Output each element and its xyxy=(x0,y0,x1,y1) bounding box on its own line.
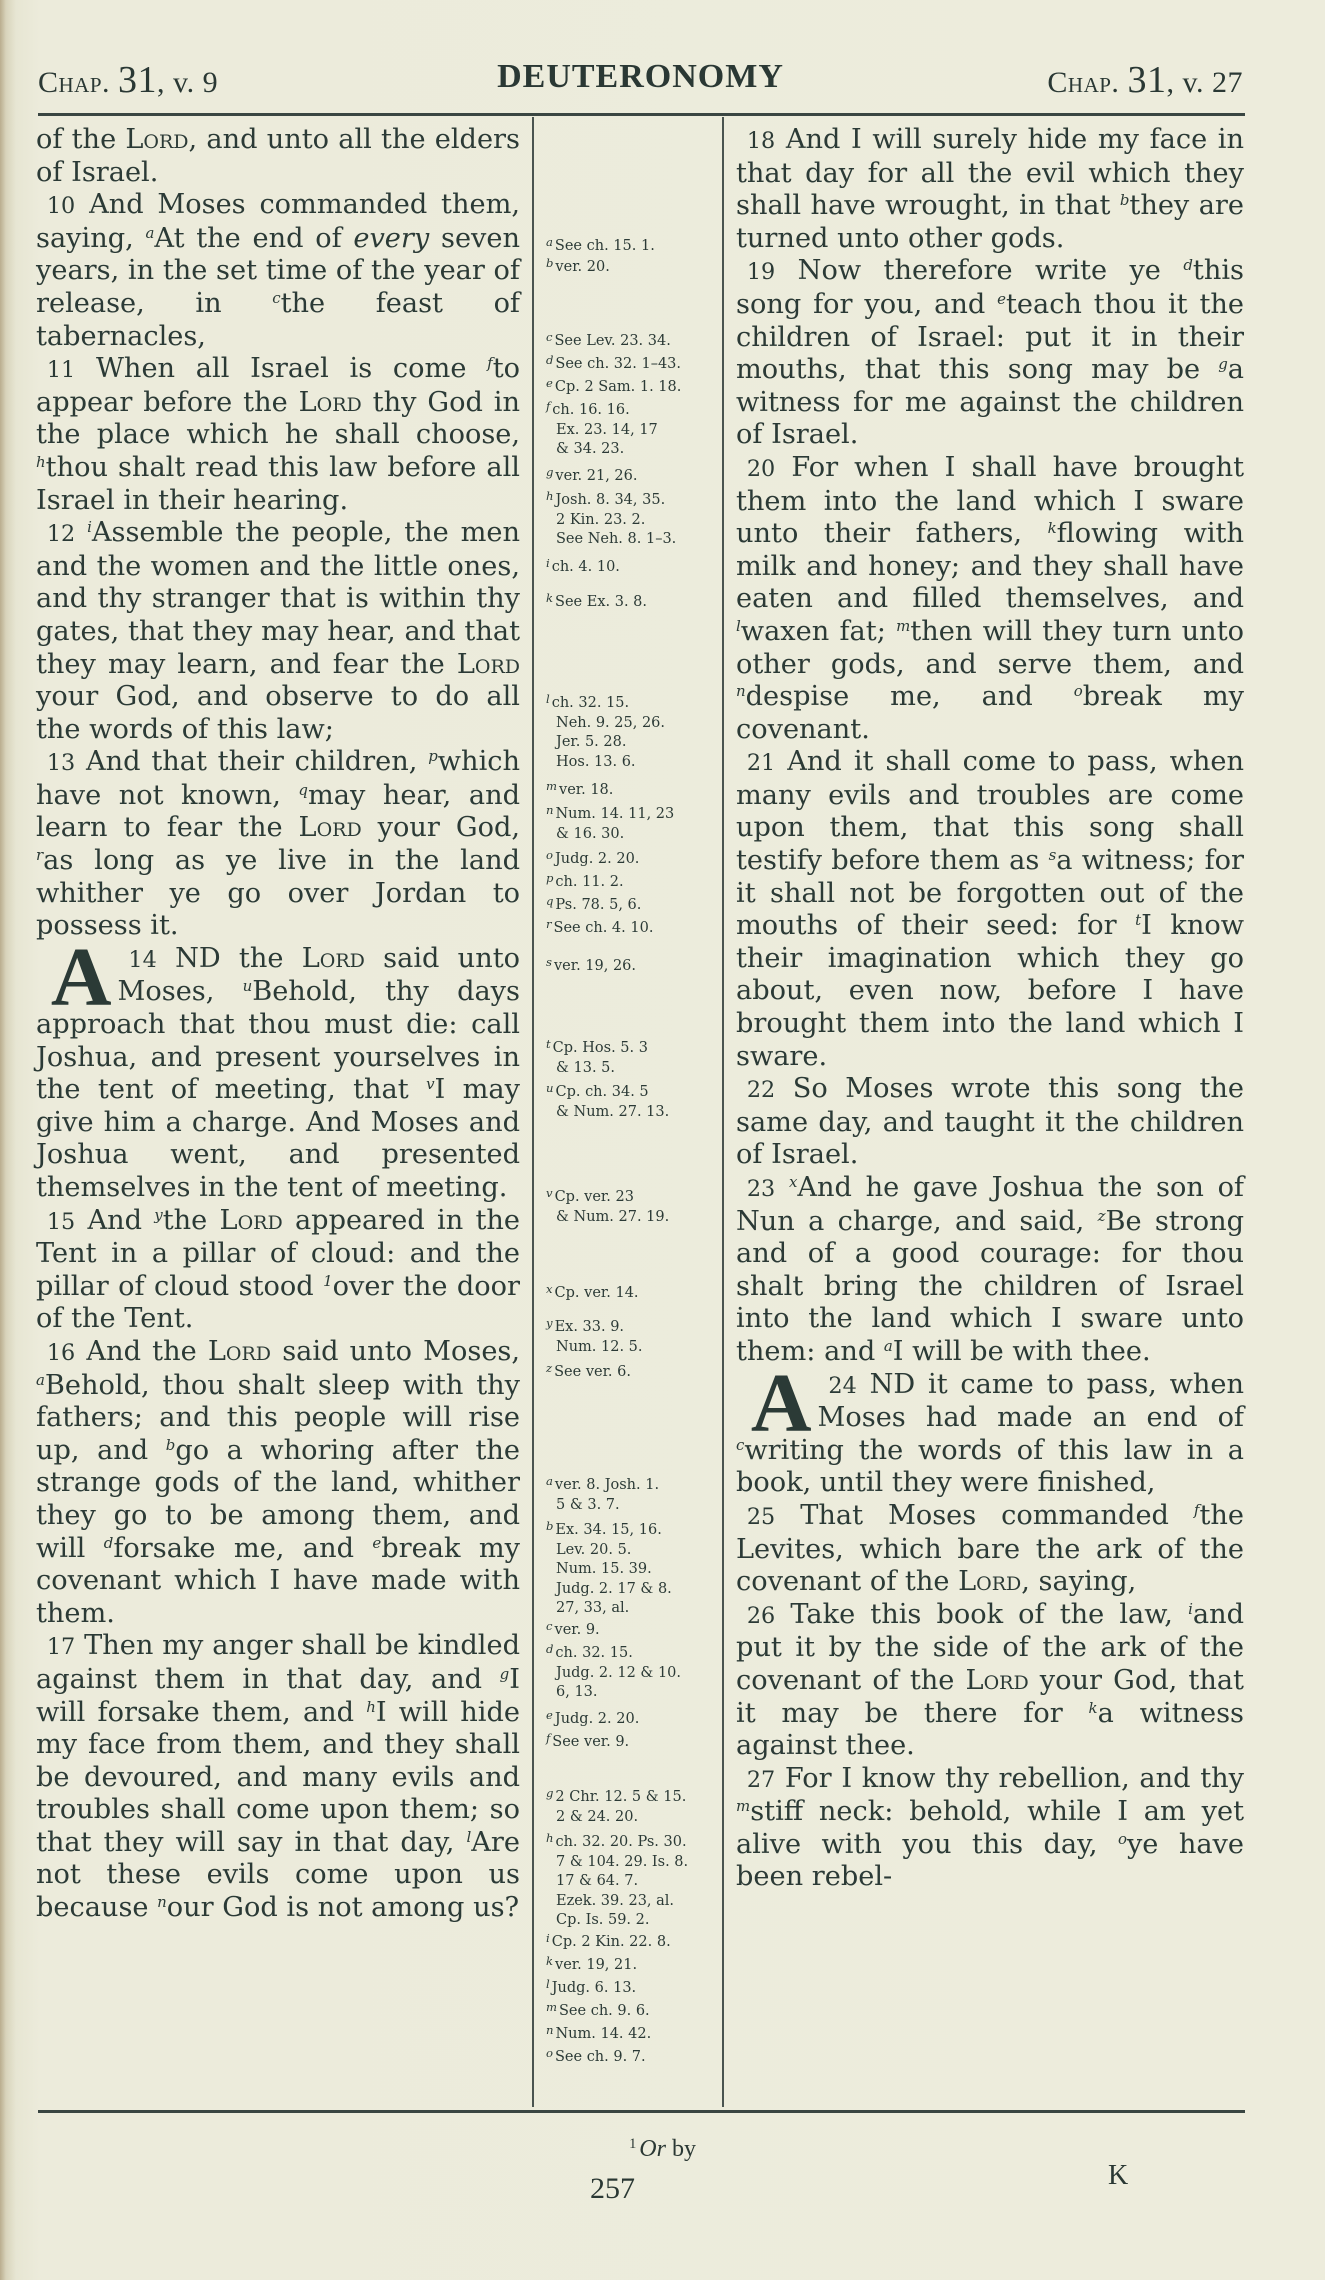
cross-reference-line: mSee ch. 9. 6. xyxy=(546,1998,718,2022)
reference-text: Ex. 23. 14, 17 xyxy=(556,422,658,438)
reference-text: ver. 19, 26. xyxy=(554,958,636,974)
cross-reference: gver. 21, 26. xyxy=(546,463,718,487)
drop-cap: A xyxy=(40,947,112,1009)
reference-text: See ch. 9. 7. xyxy=(555,2049,646,2065)
reference-mark: o xyxy=(546,2046,553,2060)
cross-reference: rSee ch. 4. 10. xyxy=(546,915,718,939)
verse-number: 16 xyxy=(47,1340,75,1366)
cross-reference: kver. 19, 21. xyxy=(546,1952,718,1976)
footnote-marker: d xyxy=(1183,256,1193,274)
reference-text: ch. 32. 15. xyxy=(555,1645,632,1661)
reference-mark: d xyxy=(546,353,553,367)
reference-mark: q xyxy=(546,894,553,908)
cross-reference: nNum. 14. 11, 23& 16. 30. xyxy=(546,801,718,844)
reference-text: Cp. 2 Sam. 1. 18. xyxy=(555,379,681,395)
verse: 23 xAnd he gave Joshua the son of Nun a … xyxy=(736,1172,1244,1369)
cross-reference-line: Num. 12. 5. xyxy=(546,1338,718,1358)
cross-reference: zSee ver. 6. xyxy=(546,1359,718,1383)
cross-reference: g2 Chr. 12. 5 & 15.2 & 24. 20. xyxy=(546,1784,718,1827)
cross-reference-line: yEx. 33. 9. xyxy=(546,1314,718,1338)
reference-text: ver. 18. xyxy=(559,782,613,798)
cross-reference-line: pch. 11. 2. xyxy=(546,869,718,893)
footnote-marker: 1 xyxy=(323,1272,333,1290)
reference-text: 6, 13. xyxy=(556,1684,598,1700)
verse-text: despise me, and xyxy=(746,681,1074,712)
reference-mark: p xyxy=(546,871,553,885)
verse-number: 26 xyxy=(747,1603,775,1629)
verse-text: the xyxy=(163,1205,220,1236)
footnote-marker: k xyxy=(1048,519,1057,537)
reference-text: Num. 14. 11, 23 xyxy=(555,806,674,822)
cross-reference: tCp. Hos. 5. 3& 13. 5. xyxy=(546,1035,718,1078)
verse: 13 And that their children, pwhich have … xyxy=(36,746,520,943)
drop-cap: A xyxy=(740,1373,812,1435)
reference-text: ch. 16. 16. xyxy=(552,402,629,418)
footnote-marker: e xyxy=(372,1534,381,1552)
reference-mark: n xyxy=(546,2023,553,2037)
verse-number: 27 xyxy=(747,1767,775,1793)
reference-text: Ex. 34. 15, 16. xyxy=(555,1522,661,1538)
text-column-right: 18 And I will surely hide my face in tha… xyxy=(736,124,1244,1894)
verse: 12 iAssemble the people, the men and the… xyxy=(36,517,520,746)
cross-reference: dSee ch. 32. 1–43. xyxy=(546,351,718,375)
reference-text: Cp. ver. 23 xyxy=(555,1189,634,1205)
cross-reference-line: Neh. 9. 25, 26. xyxy=(546,714,718,734)
verse-text: And the xyxy=(75,1336,208,1367)
cross-reference: dch. 32. 15.Judg. 2. 12 & 10.6, 13. xyxy=(546,1640,718,1703)
verse-text: your God, and observe to do all the word… xyxy=(36,681,520,745)
cross-reference-line: rSee ch. 4. 10. xyxy=(546,915,718,939)
footnote-marker: u xyxy=(243,977,253,995)
cross-reference-line: aver. 8. Josh. 1. xyxy=(546,1472,718,1496)
verse-text: of the xyxy=(36,124,125,155)
footnote-marker: d xyxy=(104,1534,114,1552)
reference-text: Cp. ch. 34. 5 xyxy=(555,1084,648,1100)
cross-reference-line: 17 & 64. 7. xyxy=(546,1872,718,1892)
reference-mark: h xyxy=(546,1831,553,1845)
footnote-marker: c xyxy=(272,289,280,307)
cross-reference-line: 2 & 24. 20. xyxy=(546,1808,718,1828)
reference-text: 5 & 3. 7. xyxy=(556,1497,620,1513)
verse-number: 23 xyxy=(747,1176,775,1202)
verse-text: So Moses wrote this song the same day, a… xyxy=(736,1073,1244,1170)
reference-text: Cp. Hos. 5. 3 xyxy=(553,1040,648,1056)
cross-reference-line: cver. 9. xyxy=(546,1617,718,1641)
cross-reference: aSee ch. 15. 1. xyxy=(546,233,718,257)
reference-text: See Ex. 3. 8. xyxy=(555,594,647,610)
reference-mark: h xyxy=(546,489,553,503)
cross-reference-line: nNum. 14. 11, 23 xyxy=(546,801,718,825)
reference-text: ch. 4. 10. xyxy=(552,559,620,575)
reference-mark: c xyxy=(546,330,553,344)
column-divider-left xyxy=(532,117,534,2107)
cross-reference: oSee ch. 9. 7. xyxy=(546,2044,718,2068)
divine-name: Lord xyxy=(220,1205,283,1236)
column-divider-right xyxy=(722,117,724,2107)
cross-reference-line: kver. 19, 21. xyxy=(546,1952,718,1976)
verse-text: writing the words of this law in a book,… xyxy=(736,1435,1244,1499)
verse-text: At the end of xyxy=(154,223,353,254)
verse: 10 And Moses commanded them, saying, aAt… xyxy=(36,189,520,353)
verse-text: , saying, xyxy=(1021,1566,1136,1597)
cross-reference: mSee ch. 9. 6. xyxy=(546,1998,718,2022)
footnote-marker: g xyxy=(1218,355,1228,373)
verse-text: ND xyxy=(870,1369,916,1400)
cross-reference-line: 5 & 3. 7. xyxy=(546,1496,718,1516)
cross-reference-line: fSee ver. 9. xyxy=(546,1729,718,1753)
reference-text: Num. 12. 5. xyxy=(556,1339,643,1355)
reference-text: Judg. 2. 17 & 8. xyxy=(556,1581,672,1597)
footnote-marker: b xyxy=(1120,191,1130,209)
cross-reference-line: g2 Chr. 12. 5 & 15. xyxy=(546,1784,718,1808)
cross-reference-line: aSee ch. 15. 1. xyxy=(546,233,718,257)
reference-mark: i xyxy=(546,556,550,570)
reference-text: 2 Chr. 12. 5 & 15. xyxy=(555,1789,686,1805)
cross-reference-line: zSee ver. 6. xyxy=(546,1359,718,1383)
cross-reference-line: vCp. ver. 23 xyxy=(546,1184,718,1208)
reference-text: Lev. 20. 5. xyxy=(556,1542,631,1558)
verse-number: 21 xyxy=(747,750,775,776)
cross-reference-line: & 13. 5. xyxy=(546,1059,718,1079)
cross-reference-line: 7 & 104. 29. Is. 8. xyxy=(546,1853,718,1873)
reference-text: Cp. ver. 14. xyxy=(555,1285,639,1301)
cross-reference-line: tCp. Hos. 5. 3 xyxy=(546,1035,718,1059)
divine-name: Lord xyxy=(299,387,362,418)
reference-mark: n xyxy=(546,803,553,817)
footnote-marker: h xyxy=(36,453,46,471)
footnote-marker: a xyxy=(36,1371,45,1389)
cross-reference-line: hJosh. 8. 34, 35. xyxy=(546,487,718,511)
cross-reference-line: gver. 21, 26. xyxy=(546,463,718,487)
cross-reference: lJudg. 6. 13. xyxy=(546,1975,718,1999)
reference-text: Hos. 13. 6. xyxy=(556,754,636,770)
footnote-marker: m xyxy=(896,617,910,635)
reference-text: ver. 21, 26. xyxy=(555,468,637,484)
reference-mark: o xyxy=(546,848,553,862)
reference-mark: e xyxy=(546,376,553,390)
reference-mark: u xyxy=(546,1081,553,1095)
cross-reference: qPs. 78. 5, 6. xyxy=(546,892,718,916)
verse: 14 AND the Lord said unto Moses, uBehold… xyxy=(36,943,520,1205)
verse-number: 12 xyxy=(47,521,75,547)
reference-text: & 16. 30. xyxy=(556,826,624,842)
cross-reference-line: bEx. 34. 15, 16. xyxy=(546,1517,718,1541)
footnote-marker: h xyxy=(366,1698,376,1716)
verse: 27 For I know thy rebellion, and thy mst… xyxy=(736,1763,1244,1894)
verse: 15 And ythe Lord appeared in the Tent in… xyxy=(36,1205,520,1336)
footnote-marker: v xyxy=(426,1075,434,1093)
footnote-marker: b xyxy=(166,1436,176,1454)
cross-reference: bEx. 34. 15, 16.Lev. 20. 5.Num. 15. 39.J… xyxy=(546,1517,718,1619)
reference-text: ver. 8. Josh. 1. xyxy=(555,1477,659,1493)
cross-reference: kSee Ex. 3. 8. xyxy=(546,589,718,613)
page-number: 257 xyxy=(590,2172,635,2206)
footnote-marker: e xyxy=(997,290,1006,308)
footer-rule xyxy=(38,2110,1245,2113)
reference-text: See Neh. 8. 1–3. xyxy=(556,531,676,547)
cross-reference-line: Hos. 13. 6. xyxy=(546,753,718,773)
reference-text: See ver. 6. xyxy=(554,1364,631,1380)
verse: 17 Then my anger shall be kindled agains… xyxy=(36,1630,520,1924)
cross-reference-line: Ex. 23. 14, 17 xyxy=(546,421,718,441)
verse-number: 13 xyxy=(47,750,75,776)
reference-text: ver. 20. xyxy=(555,259,609,275)
footnote-marker: n xyxy=(736,682,746,700)
cross-reference-line: ich. 4. 10. xyxy=(546,554,718,578)
reference-text: Cp. Is. 59. 2. xyxy=(556,1912,650,1928)
footnote-marker: m xyxy=(736,1797,750,1815)
verse-text: forsake me, and xyxy=(113,1533,372,1564)
verse-text: thou shalt read this law before all Isra… xyxy=(36,452,520,516)
reference-text: & Num. 27. 19. xyxy=(556,1209,669,1225)
footnote-marker: k xyxy=(1089,1699,1098,1717)
verse: 11 When all Israel is come fto appear be… xyxy=(36,353,520,517)
reference-text: Neh. 9. 25, 26. xyxy=(556,715,665,731)
reference-text: Ezek. 39. 23, al. xyxy=(556,1893,674,1909)
reference-text: Ps. 78. 5, 6. xyxy=(555,897,641,913)
reference-text: ch. 32. 15. xyxy=(552,695,629,711)
verse-text: our God is not among us? xyxy=(167,1892,519,1923)
cross-reference-line: Judg. 2. 12 & 10. xyxy=(546,1664,718,1684)
verse: 21 And it shall come to pass, when many … xyxy=(736,746,1244,1073)
cross-reference: fSee ver. 9. xyxy=(546,1729,718,1753)
running-header: Chap. 31, v. 9 DEUTERONOMY Chap. 31, v. … xyxy=(38,58,1243,108)
text-column-left: of the Lord, and unto all the elders of … xyxy=(36,124,520,1925)
cross-reference-line: hch. 32. 20. Ps. 30. xyxy=(546,1829,718,1853)
verse: 16 And the Lord said unto Moses, aBehold… xyxy=(36,1336,520,1630)
verse-text: said unto Moses, xyxy=(271,1336,520,1367)
verse-text: Now therefore write ye xyxy=(775,255,1183,286)
cross-reference-line: dch. 32. 15. xyxy=(546,1640,718,1664)
reference-mark: g xyxy=(546,1786,553,1800)
cross-reference: fch. 16. 16.Ex. 23. 14, 17& 34. 23. xyxy=(546,397,718,460)
footnote-marker: y xyxy=(154,1206,162,1224)
reference-mark: r xyxy=(546,917,552,931)
reference-mark: x xyxy=(546,1282,553,1296)
cross-reference: yEx. 33. 9.Num. 12. 5. xyxy=(546,1314,718,1357)
reference-text: 7 & 104. 29. Is. 8. xyxy=(556,1854,688,1870)
reference-mark: v xyxy=(546,1186,553,1200)
cross-reference-line: & Num. 27. 13. xyxy=(546,1103,718,1123)
verse-text: Assemble the people, the men and the wom… xyxy=(36,517,520,679)
cross-reference-line: cSee Lev. 23. 34. xyxy=(546,328,718,352)
cross-reference-line: Cp. Is. 59. 2. xyxy=(546,1911,718,1931)
cross-reference-line: mver. 18. xyxy=(546,777,718,801)
footnote-marker: q xyxy=(298,781,308,799)
reference-mark: a xyxy=(546,1474,553,1488)
verse-text: the xyxy=(221,943,302,974)
verse: 25 That Moses commanded fthe Levites, wh… xyxy=(736,1500,1244,1599)
reference-text: See ver. 9. xyxy=(552,1734,629,1750)
verse-number: 20 xyxy=(747,456,775,482)
verse-text: Take this book of the law, xyxy=(775,1599,1188,1630)
reference-text: Jer. 5. 28. xyxy=(556,734,626,750)
divine-name: Lord xyxy=(299,812,362,843)
cross-reference-line: oJudg. 2. 20. xyxy=(546,846,718,870)
verse-text: That Moses commanded xyxy=(775,1500,1194,1531)
verse: 20 For when I shall have brought them in… xyxy=(736,452,1244,746)
cross-reference-line: Judg. 2. 17 & 8. xyxy=(546,1580,718,1600)
divine-name: Lord xyxy=(125,124,188,155)
reference-text: See Lev. 23. 34. xyxy=(555,333,671,349)
reference-mark: l xyxy=(546,1977,550,1991)
cross-reference-line: eJudg. 2. 20. xyxy=(546,1706,718,1730)
verse-number: 25 xyxy=(747,1504,775,1530)
verse: 22 So Moses wrote this song the same day… xyxy=(736,1073,1244,1172)
reference-text: 2 & 24. 20. xyxy=(556,1809,638,1825)
verse: 26 Take this book of the law, iand put i… xyxy=(736,1599,1244,1763)
reference-mark: z xyxy=(546,1361,552,1375)
verse-number: 17 xyxy=(47,1634,75,1660)
footnote-marker: a xyxy=(884,1337,893,1355)
reference-mark: m xyxy=(546,779,557,793)
cross-reference: iCp. 2 Kin. 22. 8. xyxy=(546,1929,718,1953)
reference-mark: s xyxy=(546,955,552,969)
reference-text: 17 & 64. 7. xyxy=(556,1873,638,1889)
cross-reference-line: 27, 33, al. xyxy=(546,1599,718,1619)
cross-reference-line: 6, 13. xyxy=(546,1683,718,1703)
divine-name: Lord xyxy=(966,1665,1029,1696)
verse-text: I will be with thee. xyxy=(893,1336,1151,1367)
divine-name: Lord xyxy=(302,943,365,974)
reference-mark: c xyxy=(546,1619,553,1633)
cross-reference-line: & 16. 30. xyxy=(546,825,718,845)
verse-text: waxen fat; xyxy=(741,616,896,647)
cross-reference: hch. 32. 20. Ps. 30.7 & 104. 29. Is. 8.1… xyxy=(546,1829,718,1931)
reference-mark: g xyxy=(546,465,553,479)
reference-mark: t xyxy=(546,1037,551,1051)
reference-mark: d xyxy=(546,1642,553,1656)
cross-reference-line: fch. 16. 16. xyxy=(546,397,718,421)
reference-text: ch. 32. 20. Ps. 30. xyxy=(555,1834,686,1850)
verse-number: 10 xyxy=(47,193,75,219)
divine-name: Lord xyxy=(457,649,520,680)
footnote-marker: o xyxy=(1074,682,1083,700)
verse-number: 14 xyxy=(128,947,156,973)
cross-reference-line: bver. 20. xyxy=(546,254,718,278)
reference-text: & 34. 23. xyxy=(556,441,624,457)
cross-reference-line: Num. 15. 39. xyxy=(546,1560,718,1580)
verse-text: ND xyxy=(175,943,221,974)
reference-text: Ex. 33. 9. xyxy=(555,1319,624,1335)
cross-reference: eCp. 2 Sam. 1. 18. xyxy=(546,374,718,398)
cross-reference: xCp. ver. 14. xyxy=(546,1280,718,1304)
reference-text: Judg. 2. 20. xyxy=(555,1711,639,1727)
verse: 19 Now therefore write ye dthis song for… xyxy=(736,255,1244,452)
verse-number: 11 xyxy=(47,357,75,383)
reference-mark: a xyxy=(546,235,553,249)
verse-text: Then my anger shall be kindled against t… xyxy=(36,1630,520,1695)
reference-mark: k xyxy=(546,1954,553,1968)
divine-name: Lord xyxy=(208,1336,271,1367)
cross-reference-line: & Num. 27. 19. xyxy=(546,1208,718,1228)
reference-text: Num. 14. 42. xyxy=(555,2026,651,2042)
cross-reference-line: oSee ch. 9. 7. xyxy=(546,2044,718,2068)
cross-reference: uCp. ch. 34. 5& Num. 27. 13. xyxy=(546,1079,718,1122)
reference-text: ver. 19, 21. xyxy=(555,1957,637,1973)
cross-reference-line: lJudg. 6. 13. xyxy=(546,1975,718,1999)
verse-text: your God, xyxy=(362,812,520,843)
cross-reference: eJudg. 2. 20. xyxy=(546,1706,718,1730)
reference-text: 2 Kin. 23. 2. xyxy=(556,512,645,528)
verse-text: And that their children, xyxy=(75,746,428,777)
reference-text: & 13. 5. xyxy=(556,1060,615,1076)
reference-text: Cp. 2 Kin. 22. 8. xyxy=(552,1934,671,1950)
reference-mark: l xyxy=(546,692,550,706)
divine-name: Lord xyxy=(958,1566,1021,1597)
verse-text: as long as ye live in the land whither y… xyxy=(36,845,520,941)
verse-number: 22 xyxy=(747,1077,775,1103)
cross-reference: aver. 8. Josh. 1.5 & 3. 7. xyxy=(546,1472,718,1515)
reference-mark: b xyxy=(546,256,553,270)
footnote: 1Or by xyxy=(0,2136,1325,2163)
reference-mark: f xyxy=(546,1731,550,1745)
cross-reference-line: eCp. 2 Sam. 1. 18. xyxy=(546,374,718,398)
verse-text: And xyxy=(75,1205,154,1236)
cross-reference-line: xCp. ver. 14. xyxy=(546,1280,718,1304)
cross-reference: vCp. ver. 23& Num. 27. 19. xyxy=(546,1184,718,1227)
reference-text: See ch. 32. 1–43. xyxy=(555,356,681,372)
verse: 18 And I will surely hide my face in tha… xyxy=(736,124,1244,255)
reference-text: & Num. 27. 13. xyxy=(556,1104,669,1120)
verse: 24 AND it came to pass, when Moses had m… xyxy=(736,1369,1244,1500)
printer-signature-mark: K xyxy=(1108,2160,1128,2192)
cross-reference-line: qPs. 78. 5, 6. xyxy=(546,892,718,916)
cross-reference: lch. 32. 15.Neh. 9. 25, 26.Jer. 5. 28.Ho… xyxy=(546,690,718,772)
footnote-marker: o xyxy=(1118,1830,1127,1848)
verse-number: 24 xyxy=(828,1373,856,1399)
footnote-marker: p xyxy=(428,747,438,765)
reference-text: Judg. 2. 20. xyxy=(555,851,639,867)
cross-reference-line: kSee Ex. 3. 8. xyxy=(546,589,718,613)
reference-mark: i xyxy=(546,1931,550,1945)
reference-text: 27, 33, al. xyxy=(556,1600,629,1616)
reference-text: ver. 9. xyxy=(555,1622,600,1638)
cross-reference-line: sver. 19, 26. xyxy=(546,953,718,977)
reference-text: Josh. 8. 34, 35. xyxy=(555,492,665,508)
cross-reference-line: Ezek. 39. 23, al. xyxy=(546,1892,718,1912)
cross-reference: mver. 18. xyxy=(546,777,718,801)
cross-reference-line: uCp. ch. 34. 5 xyxy=(546,1079,718,1103)
reference-mark: m xyxy=(546,2000,557,2014)
verse-number: 15 xyxy=(47,1209,75,1235)
cross-reference-line: Jer. 5. 28. xyxy=(546,733,718,753)
cross-reference: sver. 19, 26. xyxy=(546,953,718,977)
cross-reference: nNum. 14. 42. xyxy=(546,2021,718,2045)
reference-text: Judg. 2. 12 & 10. xyxy=(556,1665,681,1681)
footnote-marker: n xyxy=(157,1893,167,1911)
cross-reference-line: nNum. 14. 42. xyxy=(546,2021,718,2045)
book-page: Chap. 31, v. 9 DEUTERONOMY Chap. 31, v. … xyxy=(0,0,1325,2280)
verse-text xyxy=(75,517,87,548)
cross-reference-line: 2 Kin. 23. 2. xyxy=(546,511,718,531)
reference-text: See ch. 4. 10. xyxy=(554,920,654,936)
verse-number: 19 xyxy=(747,259,775,285)
cross-reference: hJosh. 8. 34, 35.2 Kin. 23. 2.See Neh. 8… xyxy=(546,487,718,550)
header-chapter-verse-end: Chap. 31, v. 27 xyxy=(1047,58,1243,102)
reference-text: Judg. 6. 13. xyxy=(552,1980,636,1996)
reference-text: ch. 11. 2. xyxy=(555,874,623,890)
verse: of the Lord, and unto all the elders of … xyxy=(36,124,520,189)
reference-mark: b xyxy=(546,1519,553,1533)
cross-reference: ich. 4. 10. xyxy=(546,554,718,578)
footnote-marker: g xyxy=(500,1665,510,1683)
cross-reference-line: Lev. 20. 5. xyxy=(546,1541,718,1561)
reference-mark: k xyxy=(546,591,553,605)
cross-reference: bver. 20. xyxy=(546,254,718,278)
header-rule xyxy=(38,113,1245,116)
verse-text: For I know thy rebellion, and thy xyxy=(775,1763,1244,1794)
